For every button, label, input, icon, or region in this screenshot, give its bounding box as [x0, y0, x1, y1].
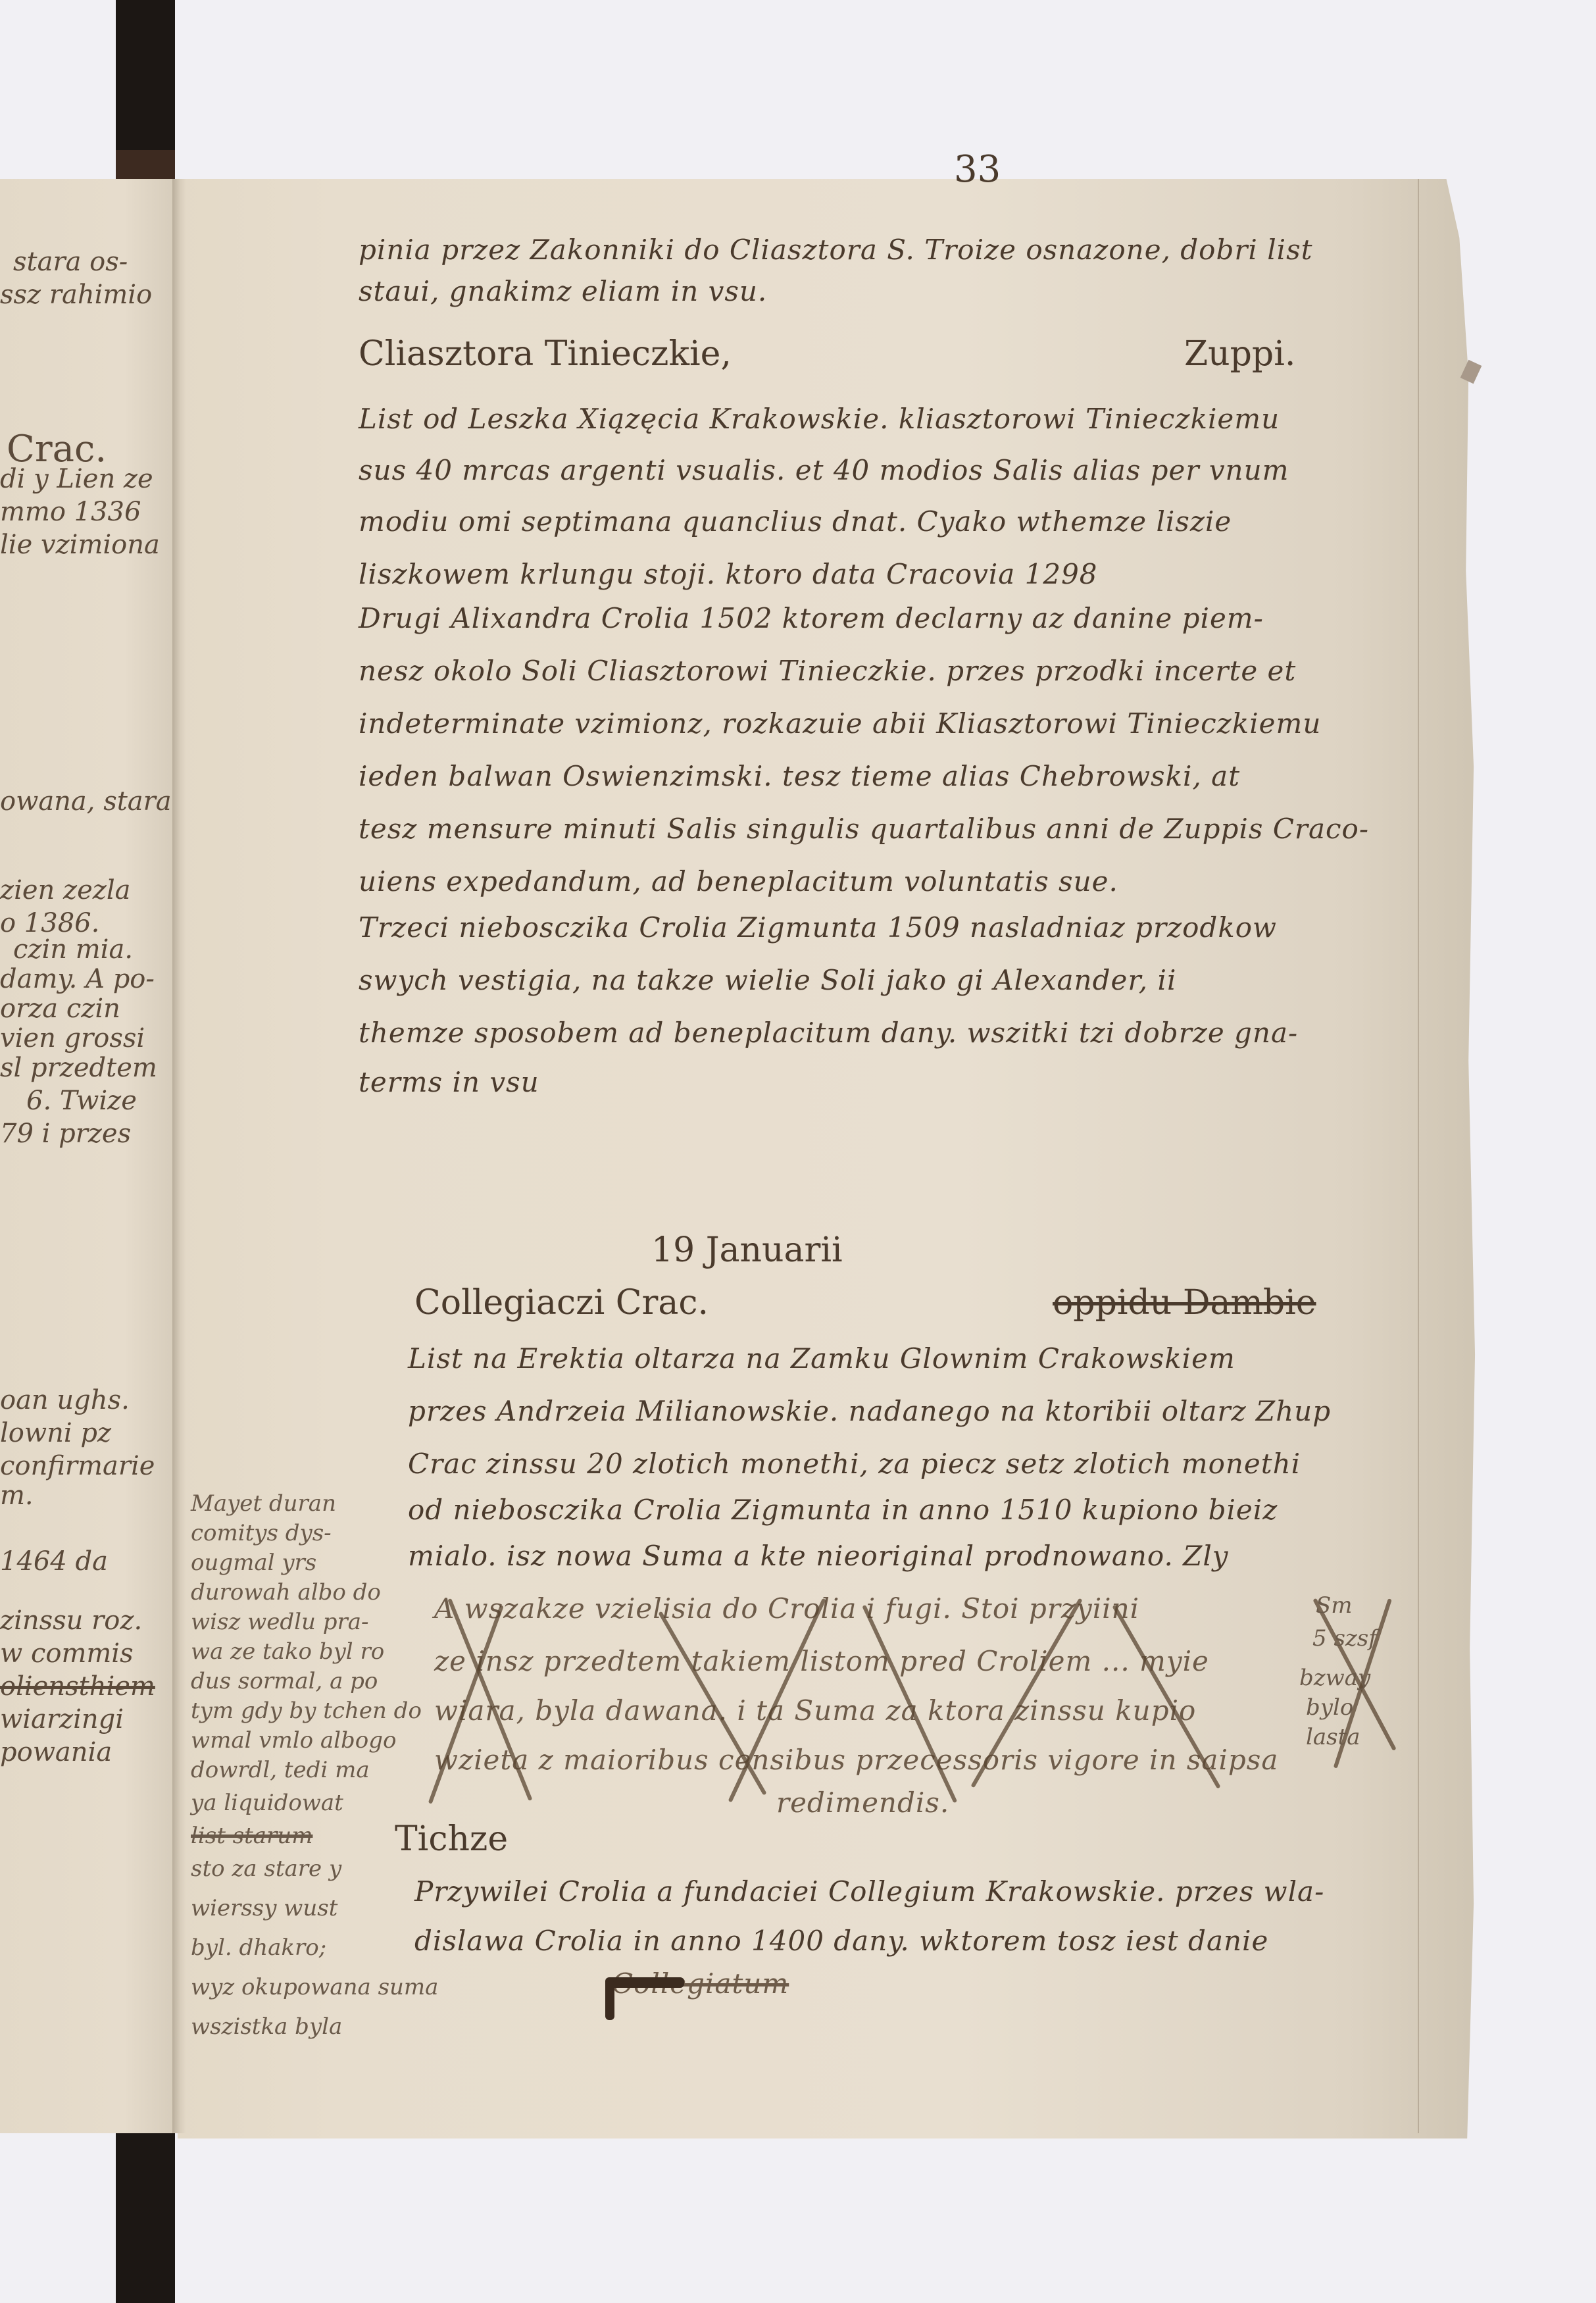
right-margin-note-line: Sm — [1316, 1592, 1353, 1619]
text-line: pinia przez Zakonniki do Cliasztora S. T… — [359, 234, 1313, 266]
section-heading: Collegiaczi Crac. — [414, 1283, 709, 1323]
text-line: Trzeci niebosczika Crolia Zigmunta 1509 … — [359, 911, 1277, 944]
text-line: List od Leszka Xiązęcia Krakowskie. klia… — [359, 403, 1280, 435]
margin-note-line: wisz wedlu pra- — [191, 1609, 369, 1635]
margin-note-line: comitys dys- — [191, 1520, 332, 1546]
facing-page-line: w commis — [0, 1638, 134, 1669]
facing-page-line: vien grossi — [0, 1023, 145, 1053]
facing-page-line: orza czin — [0, 994, 120, 1024]
text-line: Drugi Alixandra Crolia 1502 ktorem decla… — [359, 602, 1264, 634]
right-margin-note-line: bylo — [1306, 1694, 1353, 1721]
text-line: uiens expedandum, ad beneplacitum volunt… — [359, 865, 1118, 898]
facing-page-line: damy. A po- — [0, 964, 155, 994]
page-edge-fold — [1418, 179, 1419, 2133]
facing-page-line: zien zezla — [0, 875, 130, 905]
margin-note-line: list starum — [191, 1823, 312, 1849]
text-line: ieden balwan Oswienzimski. tesz tieme al… — [359, 760, 1240, 792]
margin-note-line: dus sormal, a po — [191, 1668, 378, 1694]
crossed-text-line: redimendis. — [776, 1786, 949, 1819]
struck-heading: oppidu Dambie — [1053, 1283, 1316, 1323]
section-heading: Tichze — [395, 1819, 508, 1859]
margin-note-line: sto za stare y — [191, 1856, 341, 1882]
text-line: dislawa Crolia in anno 1400 dany. wktore… — [414, 1925, 1268, 1957]
text-line: Przywilei Crolia a fundaciei Collegium K… — [414, 1875, 1324, 1908]
facing-page-line: di y Lien ze — [0, 464, 153, 494]
text-line: od niebosczika Crolia Zigmunta in anno 1… — [408, 1494, 1278, 1526]
text-line: nesz okolo Soli Cliasztorowi Tinieczkie.… — [359, 655, 1296, 687]
text-line: themze sposobem ad beneplacitum dany. ws… — [359, 1017, 1298, 1049]
facing-page-line: owana, stara — [0, 786, 172, 817]
facing-page-line: sl przedtem — [0, 1053, 157, 1083]
facing-page-line: 6. Twize — [26, 1086, 137, 1116]
margin-note-line: wa ze tako byl ro — [191, 1638, 384, 1665]
margin-note-line: durowah albo do — [191, 1579, 381, 1606]
facing-page-line: 1464 da — [0, 1546, 108, 1577]
facing-page-line: oan ughs. — [0, 1385, 130, 1415]
facing-page-line: confirmarie — [0, 1451, 155, 1481]
book-gutter — [172, 179, 186, 2133]
text-line: swych vestigia, na takze wielie Soli jak… — [359, 964, 1176, 996]
text-line: Crac zinssu 20 zlotich monethi, za piecz… — [408, 1448, 1301, 1480]
margin-note-line: ougmal yrs — [191, 1550, 316, 1576]
crossed-text-line: A wszakze vzielisia do Crolia i fugi. St… — [434, 1592, 1139, 1625]
margin-note-line: wyz okupowana suma — [191, 1974, 438, 2000]
facing-page-line: stara os- — [13, 247, 128, 277]
section-heading: Cliasztora Tinieczkie, — [359, 334, 732, 374]
ribbon-tip — [116, 150, 175, 180]
facing-page-line: mmo 1336 — [0, 497, 141, 527]
margin-note-line: wmal vmlo albogo — [191, 1727, 397, 1754]
text-line: modiu omi septimana quanclius dnat. Cyak… — [359, 505, 1232, 538]
text-line: mialo. isz nowa Suma a kte nieoriginal p… — [408, 1540, 1229, 1572]
margin-note-line: byl. dhakro; — [191, 1935, 326, 1961]
margin-note-line: Mayet duran — [191, 1490, 336, 1517]
facing-page-line: lie vzimiona — [0, 530, 160, 560]
facing-page-line: oliensthiem — [0, 1671, 155, 1702]
margin-note-line: wszistka byla — [191, 2013, 342, 2040]
margin-note-line: wierssy wust — [191, 1895, 337, 1921]
right-margin-note-line: 5 szsf — [1312, 1625, 1377, 1652]
text-line: indeterminate vzimionz, rozkazuie abii K… — [359, 707, 1321, 740]
facing-page-line: ssz rahimio — [0, 280, 152, 310]
facing-page-line: wiarzingi — [0, 1704, 124, 1734]
facing-page-line: powania — [0, 1737, 112, 1767]
margin-note-line: tym gdy by tchen do — [191, 1698, 422, 1724]
crossed-text-line: wiara, byla dawana. i ta Suma za ktora z… — [434, 1694, 1196, 1727]
text-line: staui, gnakimz eliam in vsu. — [359, 275, 767, 307]
facing-page-line: czin mia. — [13, 934, 133, 965]
page-number: 33 — [954, 148, 1001, 191]
text-line: przes Andrzeia Milianowskie. nadanego na… — [408, 1395, 1331, 1427]
margin-note-line: ya liquidowat — [191, 1790, 343, 1816]
text-line: List na Erektia oltarza na Zamku Glownim… — [408, 1342, 1235, 1375]
text-line: liszkowem krlungu stoji. ktoro data Crac… — [359, 558, 1098, 590]
text-line: terms in vsu — [359, 1066, 539, 1098]
right-margin-note-line: lasta — [1306, 1724, 1360, 1750]
crossed-text-line: wzieta z maioribus censibus przecessoris… — [434, 1744, 1278, 1776]
margin-note-line: dowrdl, tedi ma — [191, 1757, 370, 1783]
date-heading: 19 Januarii — [651, 1230, 843, 1270]
facing-page-line: lowni pz — [0, 1418, 111, 1448]
facing-page-line: 79 i przes — [0, 1119, 131, 1149]
ink-drip — [605, 1981, 614, 2020]
text-line: sus 40 mrcas argenti vsualis. et 40 modi… — [359, 454, 1289, 486]
right-margin-note-line: bzway — [1299, 1665, 1370, 1691]
text-line: tesz mensure minuti Salis singulis quart… — [359, 813, 1369, 845]
facing-page-line: m. — [0, 1480, 34, 1511]
facing-page-line: zinssu roz. — [0, 1606, 142, 1636]
section-heading-right: Zuppi. — [1184, 334, 1295, 374]
ink-blot — [605, 1977, 684, 1988]
crossed-text-line: ze insz przedtem takiem listom pred Crol… — [434, 1645, 1209, 1677]
